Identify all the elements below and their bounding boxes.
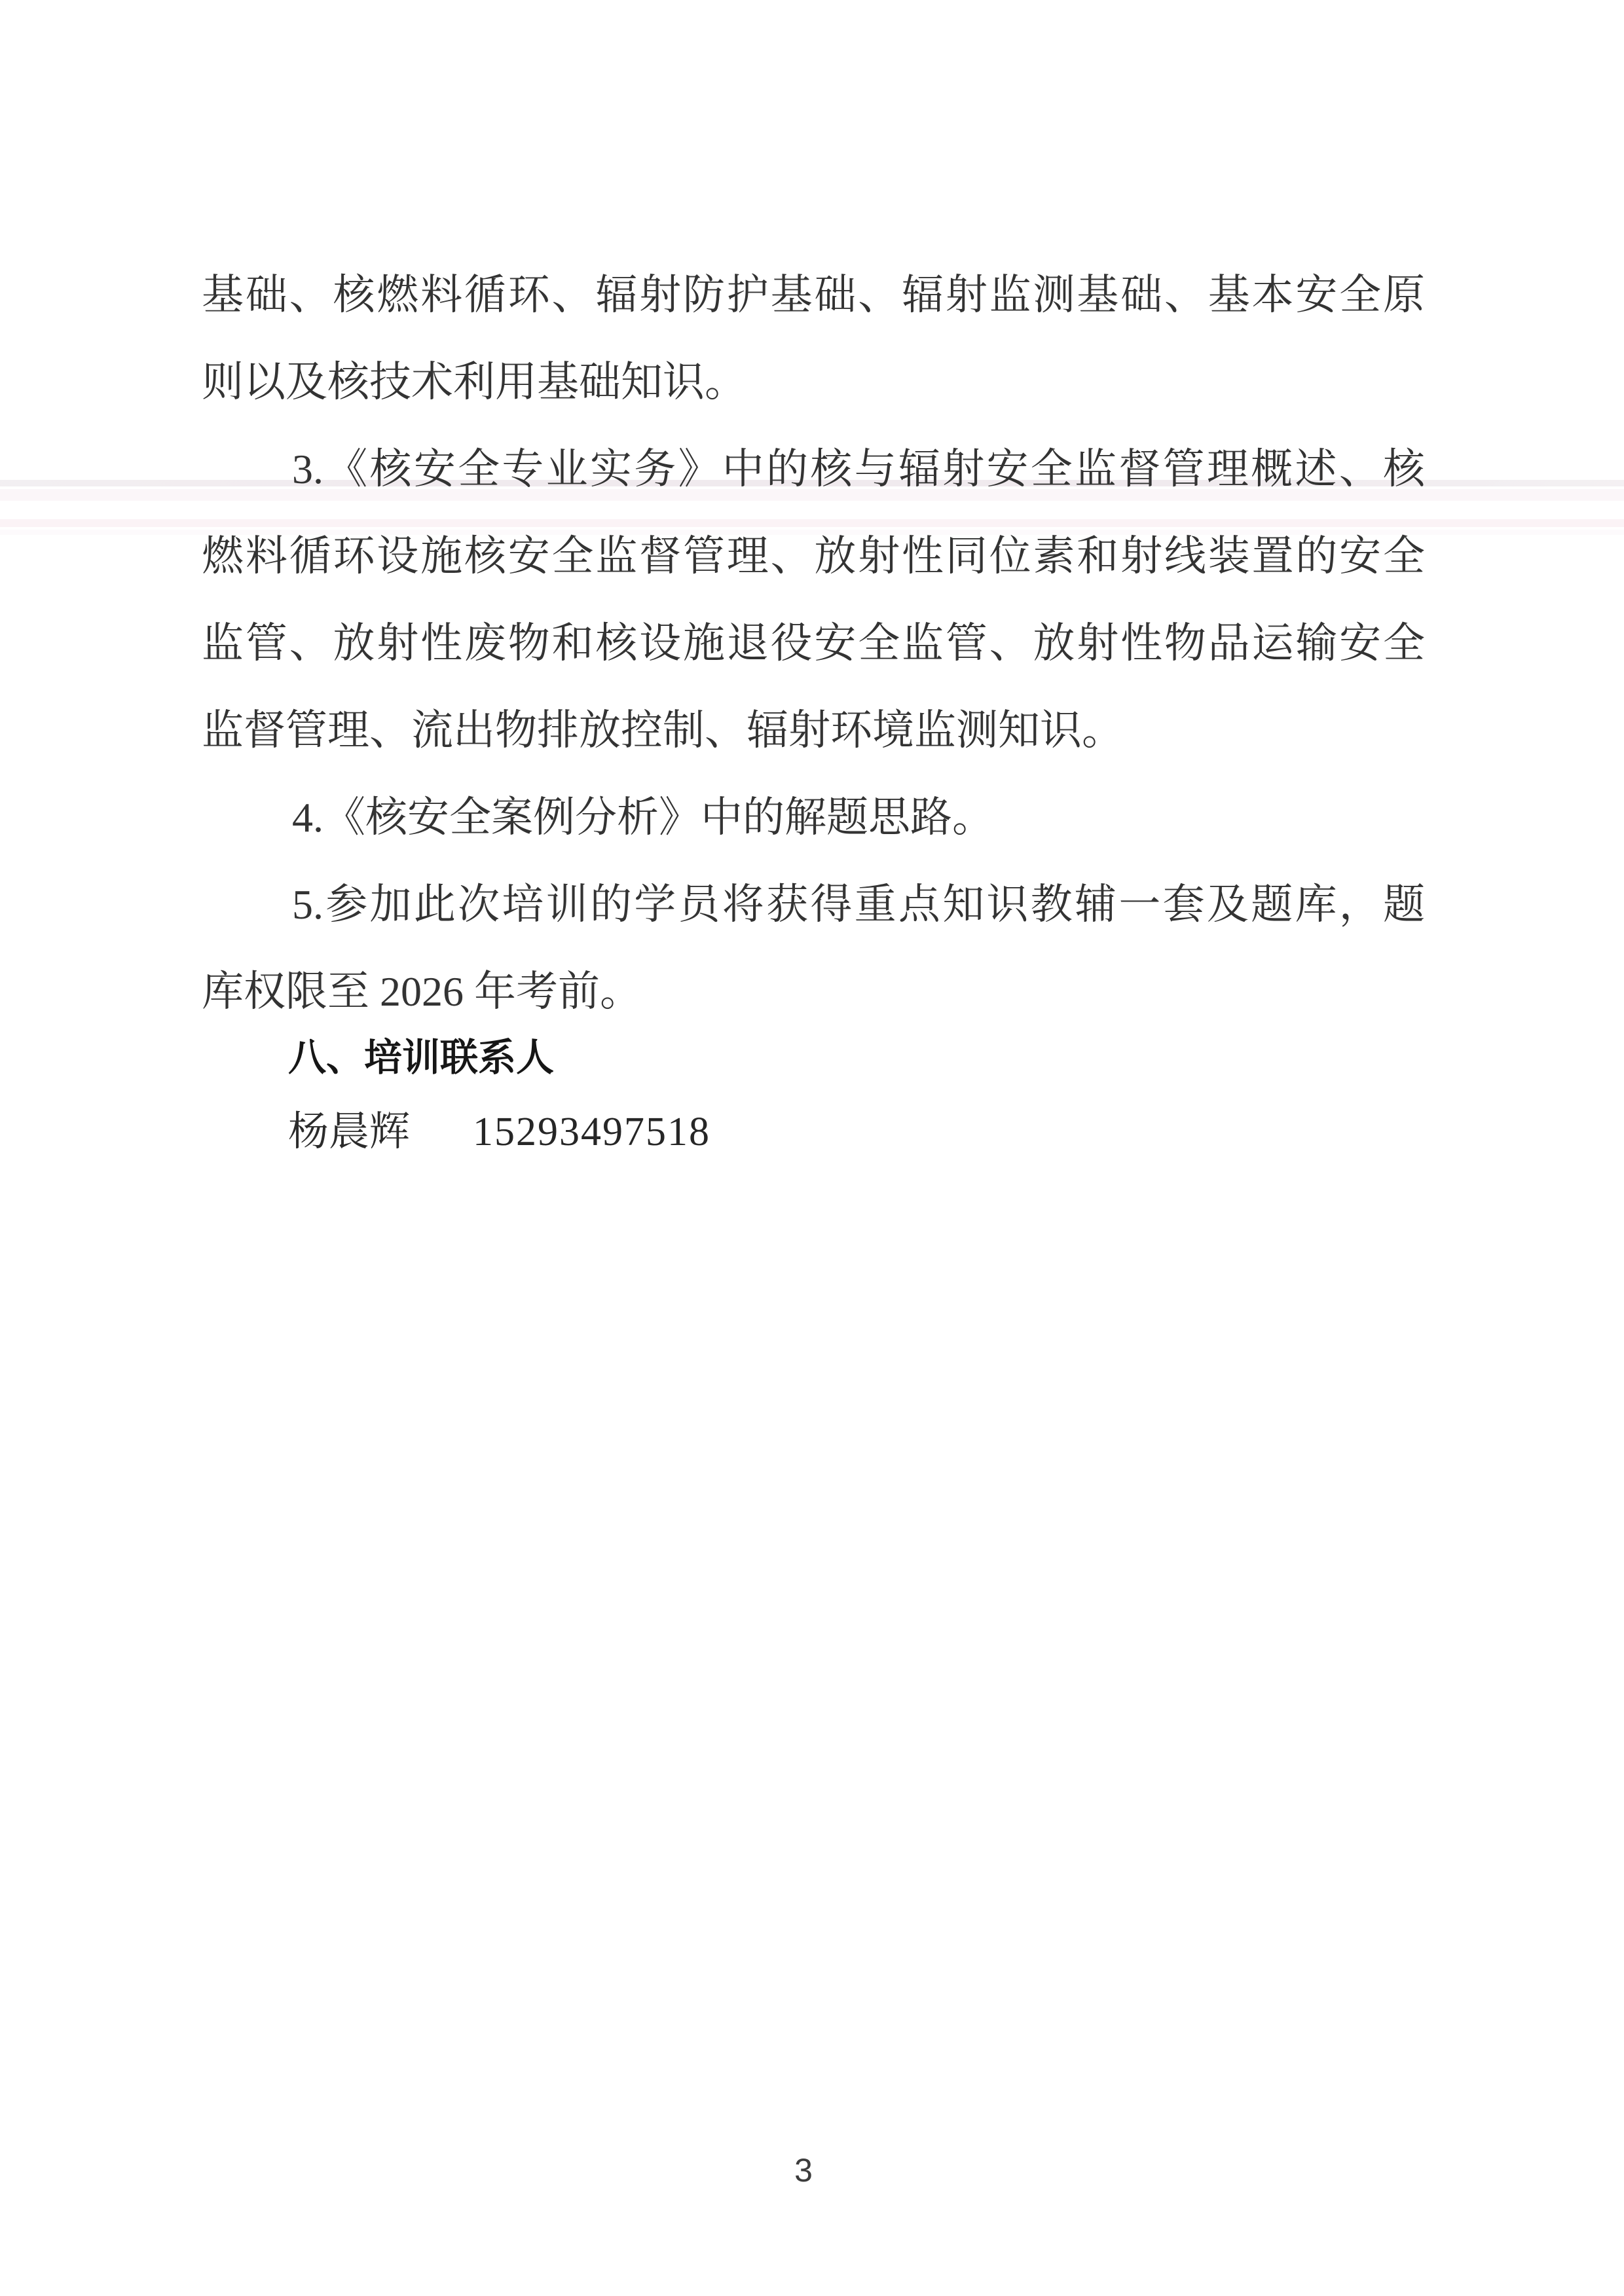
body-text-block: 基础、核燃料循环、辐射防护基础、辐射监测基础、基本安全原 则以及核技术利用基础知… — [202, 251, 1425, 1035]
body-line: 库权限至 2026 年考前。 — [202, 948, 1425, 1035]
contact-name: 杨晨辉 — [288, 1110, 410, 1154]
document-page: 基础、核燃料循环、辐射防护基础、辐射监测基础、基本安全原 则以及核技术利用基础知… — [0, 0, 1624, 2296]
page-number: 3 — [0, 2153, 1607, 2188]
body-line: 4.《核安全案例分析》中的解题思路。 — [202, 774, 1425, 861]
body-line: 监督管理、流出物排放控制、辐射环境监测知识。 — [202, 687, 1425, 774]
body-line: 监管、放射性废物和核设施退役安全监管、放射性物品运输安全 — [202, 600, 1425, 687]
section-heading: 八、培训联系人 — [288, 1034, 554, 1082]
body-line: 5.参加此次培训的学员将获得重点知识教辅一套及题库，题 — [202, 861, 1425, 948]
body-line: 燃料循环设施核安全监督管理、放射性同位素和射线装置的安全 — [202, 513, 1425, 600]
body-line: 则以及核技术利用基础知识。 — [202, 338, 1425, 426]
body-line: 基础、核燃料循环、辐射防护基础、辐射监测基础、基本安全原 — [202, 251, 1425, 338]
body-line: 3.《核安全专业实务》中的核与辐射安全监督管理概述、核 — [202, 426, 1425, 513]
contact-phone: 15293497518 — [473, 1110, 710, 1154]
contact-line: 杨晨辉15293497518 — [288, 1106, 710, 1157]
